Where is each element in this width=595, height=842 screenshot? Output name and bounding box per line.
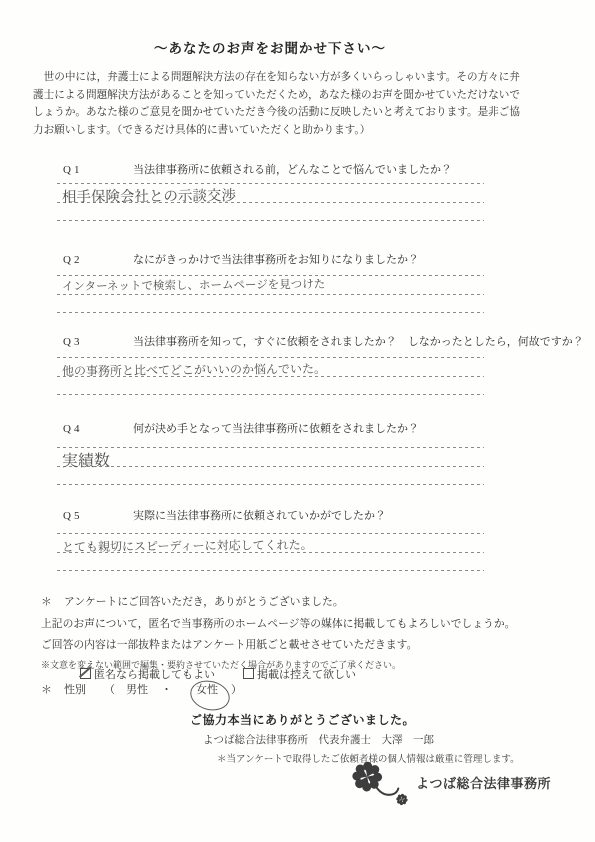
question-text: 実際に当法律事務所に依頼されていかがでしたか？	[133, 510, 386, 522]
option-label-anonymous-ok: 匿名なら掲載してもよい	[94, 666, 215, 682]
answer-area-q1: 相手保険会社との示談交渉	[57, 183, 484, 221]
dashed-line	[57, 484, 484, 485]
dashed-line	[57, 394, 484, 395]
survey-page: ～あなたのお声をお聞かせ下さい～ 世の中には，弁護士による問題解決方法の存在を知…	[0, 0, 595, 842]
logo-firm-name: よつば総合法律事務所	[416, 773, 551, 792]
dashed-line	[57, 312, 484, 313]
separator-dot: ・	[161, 681, 172, 697]
answer-area-q3: 他の事務所と比べてどこがいいのか悩んでいた。	[57, 357, 484, 395]
answer-area-q5: とても親切にスピーディーに対応してくれた。	[57, 533, 484, 571]
question-q2: Q2なにがきっかけで当法律事務所をお知りになりましたか？	[63, 251, 419, 267]
question-text: 当法律事務所に依頼される前，どんなことで悩んでいましたか？	[133, 164, 452, 176]
handwritten-answer-q1: 相手保険会社との示談交渉	[62, 184, 236, 207]
footer-firm-line: よつば総合法律事務所 代表弁護士 大澤 一郎	[203, 732, 434, 747]
checkbox-no-publication	[243, 668, 254, 679]
footer-thanks: ご協力本当にありがとうございました。	[190, 711, 415, 728]
question-label: Q4	[63, 423, 133, 435]
option-label-no-publication: 掲載は控えて欲しい	[257, 666, 356, 682]
dashed-line	[57, 220, 484, 221]
dashed-line	[57, 447, 484, 448]
dashed-line	[57, 533, 484, 534]
asterisk-bullet: ＊	[41, 681, 52, 697]
handwritten-answer-q2: インターネットで検索し、ホームページを見つけた	[62, 276, 325, 294]
checkbox-anonymous-ok	[80, 668, 91, 679]
handwritten-answer-q3: 他の事務所と比べてどこがいいのか悩んでいた。	[62, 360, 326, 379]
dashed-line	[57, 294, 484, 295]
question-text: なにがきっかけで当法律事務所をお知りになりましたか？	[133, 254, 419, 266]
consent-thanks-text: アンケートにご回答いただき，ありがとうございました。	[64, 596, 344, 608]
handwritten-circle-mark	[187, 677, 233, 715]
dashed-line	[57, 357, 484, 358]
question-label: Q2	[63, 254, 133, 266]
gender-option-male: 男性	[126, 681, 148, 697]
question-q1: Q1当法律事務所に依頼される前，どんなことで悩んでいましたか？	[63, 161, 452, 177]
question-text: 当法律事務所を知って，すぐに依頼をされましたか？ しなかったとしたら，何故ですか…	[133, 336, 584, 348]
gender-label: 性別	[64, 681, 86, 697]
handwritten-answer-q4: 実績数	[62, 448, 110, 471]
open-paren: （	[104, 681, 115, 697]
question-label: Q3	[63, 336, 133, 348]
question-text: 何が決め手となって当法律事務所に依頼をされましたか？	[133, 423, 419, 435]
answer-area-q4: 実績数	[57, 447, 484, 485]
question-label: Q5	[63, 510, 133, 522]
asterisk-bullet: ＊	[41, 594, 64, 609]
close-paren: ）	[231, 681, 242, 697]
dashed-line	[57, 466, 484, 467]
question-label: Q1	[63, 164, 133, 176]
page-title: ～あなたのお声をお聞かせ下さい～	[0, 37, 540, 57]
intro-paragraph: 世の中には，弁護士による問題解決方法の存在を知らない方が多くいらっしゃいます。そ…	[33, 69, 520, 139]
question-q3: Q3当法律事務所を知って，すぐに依頼をされましたか？ しなかったとしたら，何故で…	[63, 333, 584, 349]
dashed-line	[57, 570, 484, 571]
handwritten-answer-q5: とても親切にスピーディーに対応してくれた。	[62, 536, 313, 555]
four-leaf-clover-icon	[348, 758, 412, 808]
consent-line-2: ご回答の内容は一部抜粋またはアンケート用紙ごと載せさせていただきます。	[41, 637, 417, 652]
consent-line-1: 上記のお声について，匿名で当事務所のホームページ等の媒体に掲載してもよろしいでし…	[41, 616, 515, 631]
question-q5: Q5実際に当法律事務所に依頼されていかがでしたか？	[63, 507, 386, 523]
answer-area-q2: インターネットで検索し、ホームページを見つけた	[57, 275, 484, 313]
consent-thanks-line: ＊アンケートにご回答いただき，ありがとうございました。	[41, 594, 344, 609]
question-q4: Q4何が決め手となって当法律事務所に依頼をされましたか？	[63, 420, 419, 436]
dashed-line	[57, 183, 484, 184]
